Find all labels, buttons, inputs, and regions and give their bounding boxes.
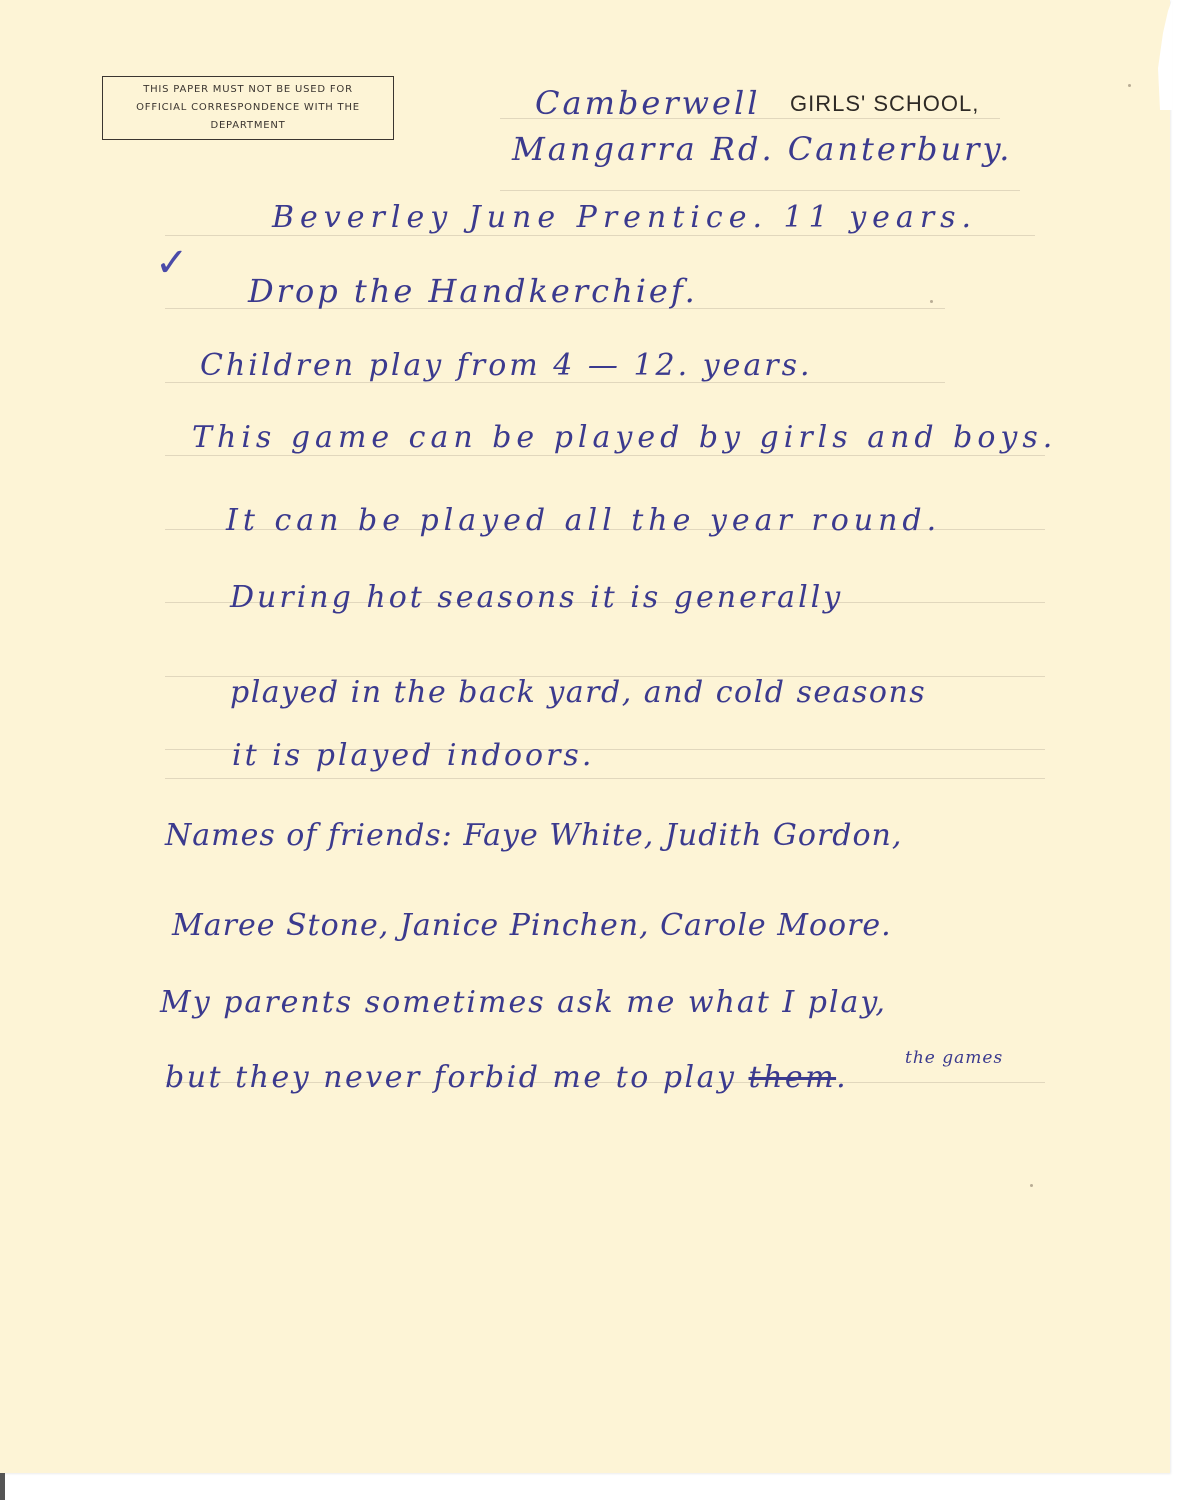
final-line-text: but they never forbid me to play [165, 1060, 736, 1095]
paper-speck [1030, 1184, 1033, 1187]
body-line: During hot seasons it is generally [230, 580, 843, 615]
friends-line: Names of friends: Faye White, Judith Gor… [165, 818, 902, 853]
body-line: Children play from 4 — 12. years. [200, 348, 813, 383]
notice-line: THIS PAPER MUST NOT BE USED FOR [143, 81, 353, 99]
body-line: It can be played all the year round. [226, 503, 941, 538]
paper-speck [930, 300, 933, 303]
ruled-line [500, 190, 1020, 191]
torn-corner [1152, 0, 1172, 110]
friends-line: Maree Stone, Janice Pinchen, Carole Moor… [172, 908, 892, 943]
school-address: Mangarra Rd. Canterbury. [512, 130, 1012, 168]
struck-word: them [749, 1060, 837, 1095]
check-mark-icon: ✓ [155, 240, 189, 286]
paper-speck [1128, 84, 1131, 87]
official-notice-box: THIS PAPER MUST NOT BE USED FOR OFFICIAL… [102, 76, 394, 140]
body-line: played in the back yard, and cold season… [230, 675, 926, 710]
body-line: My parents sometimes ask me what I play, [160, 985, 887, 1020]
body-line: This game can be played by girls and boy… [192, 420, 1057, 455]
scan-edge [0, 1473, 5, 1500]
letter-paper: THIS PAPER MUST NOT BE USED FOR OFFICIAL… [0, 0, 1170, 1473]
school-name-printed: GIRLS' SCHOOL, [790, 91, 979, 117]
final-line: but they never forbid me to play them. [165, 1060, 848, 1095]
body-line: it is played indoors. [232, 738, 594, 773]
game-title: Drop the Handkerchief. [248, 272, 698, 310]
final-period: . [836, 1060, 848, 1095]
notice-line: OFFICIAL CORRESPONDENCE WITH THE [136, 99, 360, 117]
ruled-line [165, 455, 1045, 456]
ruled-line [165, 235, 1035, 236]
ruled-line [165, 778, 1045, 779]
inserted-correction: the games [905, 1048, 1003, 1068]
notice-line: DEPARTMENT [210, 117, 285, 135]
school-name-handwritten: Camberwell [535, 84, 760, 122]
author-line: Beverley June Prentice. 11 years. [272, 200, 977, 235]
